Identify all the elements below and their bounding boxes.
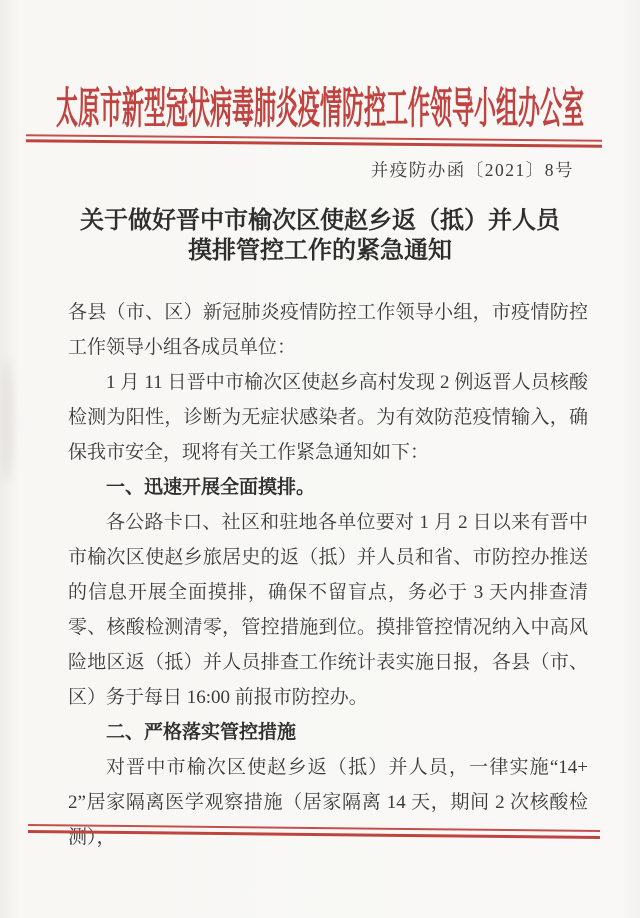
paragraph-heading: 一、迅速开展全面摸排。 bbox=[68, 470, 588, 505]
document-body: 各县（市、区）新冠肺炎疫情防控工作领导小组，市疫情防控工作领导小组各成员单位：1… bbox=[68, 295, 588, 855]
paragraph-body: 各公路卡口、社区和驻地各单位要对 1 月 2 日以来有晋中市榆次区使赵乡旅居史的… bbox=[68, 505, 588, 715]
document-title: 关于做好晋中市榆次区使赵乡返（抵）并人员 摸排管控工作的紧急通知 bbox=[30, 206, 610, 266]
document-title-line-1: 关于做好晋中市榆次区使赵乡返（抵）并人员 bbox=[30, 206, 610, 236]
paragraph-heading: 二、严格落实管控措施 bbox=[68, 715, 588, 750]
paragraph-salutation: 各县（市、区）新冠肺炎疫情防控工作领导小组，市疫情防控工作领导小组各成员单位： bbox=[68, 295, 588, 365]
scan-artifact bbox=[0, 360, 14, 480]
scanned-document-page: 太原市新型冠状病毒肺炎疫情防控工作领导小组办公室 并疫防办函〔2021〕8号 关… bbox=[0, 0, 640, 918]
document-title-line-2: 摸排管控工作的紧急通知 bbox=[30, 236, 610, 266]
paragraph-body: 1 月 11 日晋中市榆次区使赵乡高村发现 2 例返晋人员核酸检测为阳性，诊断为… bbox=[68, 365, 588, 470]
paragraph-body: 对晋中市榆次区使赵乡返（抵）并人员，一律实施“14+2”居家隔离医学观察措施（居… bbox=[68, 750, 588, 855]
document-number: 并疫防办函〔2021〕8号 bbox=[371, 157, 574, 182]
letterhead-issuer-title: 太原市新型冠状病毒肺炎疫情防控工作领导小组办公室 bbox=[0, 76, 640, 136]
